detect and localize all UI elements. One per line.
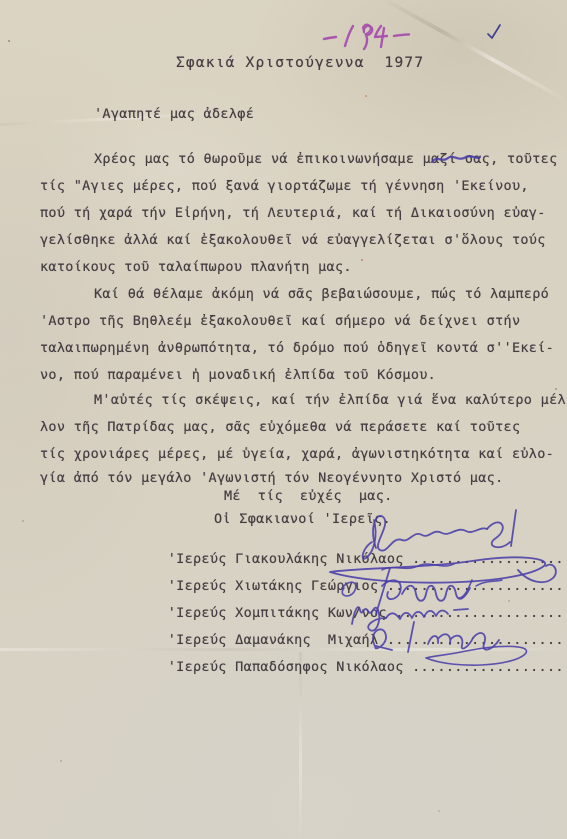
body-line: Μ'αὐτές τίς σκέψεις, καί τήν ἐλπίδα γιά …: [94, 392, 567, 408]
signatory-row: 'Ιερεύς Παπαδόσηφος Νικόλαος ...........…: [134, 643, 564, 691]
signoff: Οἱ Σφακιανοί 'Ιερεῖς.: [214, 511, 391, 527]
signatory-name: 'Ιερεύς Παπαδόσηφος Νικόλαος: [168, 659, 404, 675]
body-line: γία ἀπό τόν μεγάλο 'Αγωνιστή τόν Νεογένν…: [40, 470, 504, 486]
closing: Μέ τίς εὐχές μας.: [224, 488, 393, 504]
dotted-line: ..................: [404, 659, 564, 675]
letter-page: Σφακιά Χριστούγεννα 1977 'Αγαπητέ μας ἀδ…: [0, 0, 567, 839]
body-line: πού τή χαρά τήν Εἰρήνη, τή Λευτεριά, καί…: [40, 205, 546, 221]
body-line: Χρέος μας τό θωροῦμε νά ἐπικοινωνήσαμε μ…: [94, 151, 558, 167]
letter-title: Σφακιά Χριστούγεννα 1977: [176, 55, 424, 71]
body-line: τίς χρονιάρες μέρες, μέ ὑγεία, χαρά, ἀγω…: [40, 446, 554, 462]
checkmark-icon: [484, 22, 504, 42]
body-line: τίς "Αγιες μέρες, πού ξανά γιορτάζωμε τή…: [40, 178, 529, 194]
body-line: 'Αστρο τῆς Βηθλεέμ ἐξακολουθεῖ καί σήμερ…: [40, 313, 520, 329]
page-number-annotation: [318, 20, 418, 54]
paper-specks: [8, 40, 10, 42]
salutation: 'Αγαπητέ μας ἀδελφέ: [94, 106, 254, 122]
body-line: νο, πού παραμένει ἡ μοναδική ἐλπίδα τοῦ …: [40, 367, 436, 383]
body-line: ταλαιπωρημένη ἀνθρωπότητα, τό δρόμο πού …: [40, 340, 554, 356]
body-line: Καί θά θέλαμε ἀκόμη νά σᾶς βεβαιώσουμε, …: [94, 286, 549, 302]
body-line: κατοίκους τοῦ ταλαίπωρου πλανήτη μας.: [40, 259, 352, 275]
body-line: γελίσθηκε ἀλλά καί ἐξακολουθεῖ νά εὐαγγε…: [40, 232, 546, 248]
body-line: λον τῆς Πατρίδας μας, σᾶς εὐχόμεθα νά πε…: [40, 419, 520, 435]
